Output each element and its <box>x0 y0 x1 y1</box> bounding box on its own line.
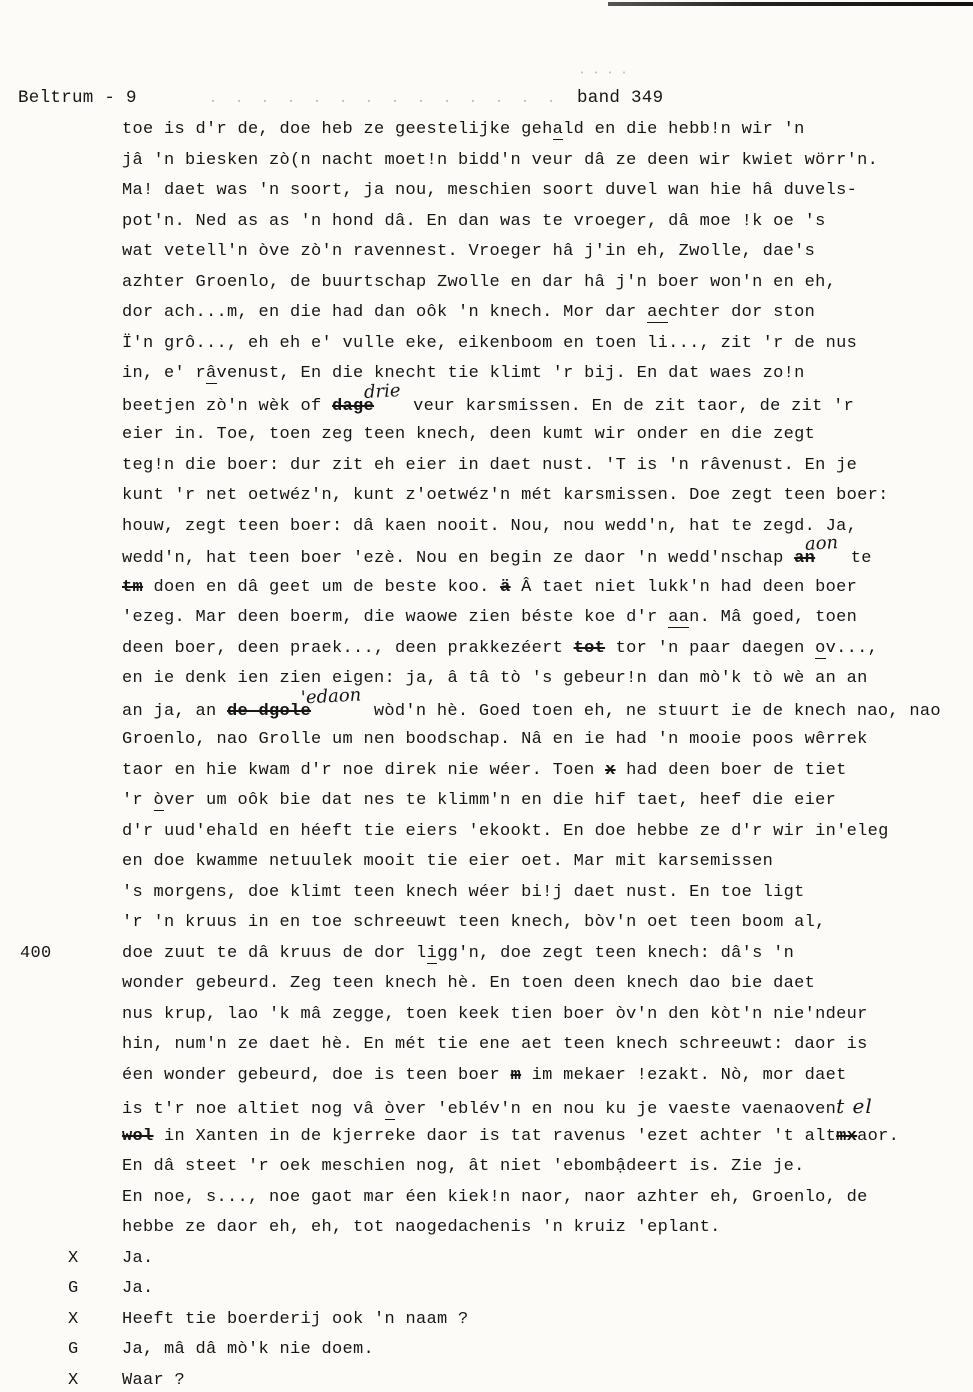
underlined-text: o <box>815 639 826 659</box>
typed-text: en doe kwamme netuulek mooit tie eier oe… <box>122 852 773 871</box>
line-text: wonder gebeurd. Zeg teen knech hè. En to… <box>122 969 815 1000</box>
typed-text: Ja, mâ dâ mò'k nie doem. <box>122 1340 374 1359</box>
typed-text: 'r 'n kruus in en toe schreeuwt teen kne… <box>122 913 826 932</box>
line-text: Ma! daet was 'n soort, ja nou, meschien … <box>122 176 857 207</box>
text-line: is t'r noe altiet nog vâ òver 'eblév'n e… <box>0 1091 973 1122</box>
text-line: Groenlo, nao Grolle um nen boodschap. Nâ… <box>0 725 973 756</box>
line-text: Heeft tie boerderij ook 'n naam ? <box>122 1305 469 1336</box>
typed-text: nus krup, lao 'k mâ zegge, toen keek tie… <box>122 1005 868 1024</box>
typed-text: veur karsmissen. En de zit taor, de zit … <box>403 397 855 416</box>
text-line: en doe kwamme netuulek mooit tie eier oe… <box>0 847 973 878</box>
text-line: 's morgens, doe klimt teen knech wéer bi… <box>0 878 973 909</box>
typed-text: wedd'n, hat teen boer 'ezè. Nou en begin… <box>122 549 794 568</box>
underlined-text: a <box>553 120 564 140</box>
typed-text: hin, num'n ze daet hè. En mét tie ene ae… <box>122 1035 868 1054</box>
line-text: dor ach...m, en die had dan oôk 'n knech… <box>122 298 815 329</box>
struck-out-text: x <box>605 761 616 780</box>
typed-text: Waar ? <box>122 1371 185 1390</box>
line-text: tm doen en dâ geet um de beste koo. ä Â … <box>122 573 857 604</box>
struck-out-text: mx <box>836 1127 857 1146</box>
typed-text: doe zuut te dâ kruus de dor l <box>122 944 427 963</box>
typed-text: Â taet niet lukk'n had deen boer <box>511 578 858 597</box>
underlined-text: ae <box>647 303 668 323</box>
line-text: Groenlo, nao Grolle um nen boodschap. Nâ… <box>122 725 868 756</box>
text-line: azhter Groenlo, de buurtschap Zwolle en … <box>0 268 973 299</box>
line-text: in, e' râvenust, En die knecht tie klimt… <box>122 359 805 390</box>
line-text: teg!n die boer: dur zit eh eier in daet … <box>122 451 857 482</box>
line-text: wat vetell'n òve zò'n ravennest. Vroeger… <box>122 237 815 268</box>
typed-text: beetjen zò'n wèk of <box>122 397 332 416</box>
text-line: wonder gebeurd. Zeg teen knech hè. En to… <box>0 969 973 1000</box>
speaker-label: X <box>68 1305 79 1336</box>
line-text: Ja. <box>122 1274 154 1305</box>
line-text: Ja. <box>122 1244 154 1275</box>
line-text: pot'n. Ned as as 'n hond dâ. En dan was … <box>122 207 826 238</box>
text-line: wedd'n, hat teen boer 'ezè. Nou en begin… <box>0 542 973 573</box>
text-line: 'ezeg. Mar deen boerm, die waowe zien bé… <box>0 603 973 634</box>
text-line: deen boer, deen praek..., deen prakkezée… <box>0 634 973 665</box>
handwritten-correction: drie <box>363 376 401 408</box>
typed-text: en ie denk ien zien eigen: ja, â tâ tò '… <box>122 669 868 688</box>
line-text: azhter Groenlo, de buurtschap Zwolle en … <box>122 268 836 299</box>
typed-text: Ma! daet was 'n soort, ja nou, meschien … <box>122 181 857 200</box>
line-text: Ja, mâ dâ mò'k nie doem. <box>122 1335 374 1366</box>
underlined-text: ò <box>385 1100 396 1120</box>
typed-text: En noe, s..., noe gaot mar éen kiek!n na… <box>122 1188 868 1207</box>
typed-text: Ï'n grô..., eh eh e' vulle eke, eikenboo… <box>122 334 857 353</box>
text-line: GJa. <box>0 1274 973 1305</box>
text-line: beetjen zò'n wèk of dagedrie veur karsmi… <box>0 390 973 421</box>
text-line: an ja, an de dgole'edaon wòd'n hè. Goed … <box>0 695 973 726</box>
typed-text: chter dor ston <box>668 303 815 322</box>
text-line: Ï'n grô..., eh eh e' vulle eke, eikenboo… <box>0 329 973 360</box>
line-text: nus krup, lao 'k mâ zegge, toen keek tie… <box>122 1000 868 1031</box>
line-text: En noe, s..., noe gaot mar éen kiek!n na… <box>122 1183 868 1214</box>
line-text: éen wonder gebeurd, doe is teen boer m i… <box>122 1061 847 1092</box>
typed-text: hebbe ze daor eh, eh, tot naogedachenis … <box>122 1218 721 1237</box>
typed-text: tor 'n paar daegen <box>605 639 815 658</box>
line-text: en doe kwamme netuulek mooit tie eier oe… <box>122 847 773 878</box>
line-text: toe is d'r de, doe heb ze geestelijke ge… <box>122 115 805 146</box>
text-line: En dâ steet 'r oek meschien nog, ât niet… <box>0 1152 973 1183</box>
typed-text: is t'r noe altiet nog vâ <box>122 1100 385 1119</box>
typed-text: in Xanten in de kjerreke daor is tat rav… <box>154 1127 837 1146</box>
text-line: XHeeft tie boerderij ook 'n naam ? <box>0 1305 973 1336</box>
line-text: Ï'n grô..., eh eh e' vulle eke, eikenboo… <box>122 329 857 360</box>
typed-text: teg!n die boer: dur zit eh eier in daet … <box>122 456 857 475</box>
struck-out-text: wol <box>122 1127 154 1146</box>
line-text: houw, zegt teen boer: dâ kaen nooit. Nou… <box>122 512 857 543</box>
typed-text: ver 'eblév'n en nou ku je vaeste vaenaov… <box>395 1100 836 1119</box>
typed-text: kunt 'r net oetwéz'n, kunt z'oetwéz'n mé… <box>122 486 889 505</box>
text-line: toe is d'r de, doe heb ze geestelijke ge… <box>0 115 973 146</box>
scan-edge-artifact <box>608 2 973 6</box>
text-line: taor en hie kwam d'r noe direk nie wéer.… <box>0 756 973 787</box>
typed-text: ld en die hebb!n wir 'n <box>563 120 805 139</box>
text-line: dor ach...m, en die had dan oôk 'n knech… <box>0 298 973 329</box>
text-line: 'r 'n kruus in en toe schreeuwt teen kne… <box>0 908 973 939</box>
typed-text: dor ach...m, en die had dan oôk 'n knech… <box>122 303 647 322</box>
typed-text: v..., <box>826 639 879 658</box>
typed-text: pot'n. Ned as as 'n hond dâ. En dan was … <box>122 212 826 231</box>
text-line: en ie denk ien zien eigen: ja, â tâ tò '… <box>0 664 973 695</box>
line-text: taor en hie kwam d'r noe direk nie wéer.… <box>122 756 847 787</box>
struck-out-text: tot <box>574 639 606 658</box>
underlined-text: â <box>206 364 217 384</box>
typed-text: éen wonder gebeurd, doe is teen boer <box>122 1066 511 1085</box>
text-line: jâ 'n biesken zò(n nacht moet!n bidd'n v… <box>0 146 973 177</box>
line-text: Waar ? <box>122 1366 185 1392</box>
text-line: 400doe zuut te dâ kruus de dor ligg'n, d… <box>0 939 973 970</box>
line-text: En dâ steet 'r oek meschien nog, ât niet… <box>122 1152 805 1183</box>
line-text: 'ezeg. Mar deen boerm, die waowe zien bé… <box>122 603 857 634</box>
text-line: XWaar ? <box>0 1366 973 1392</box>
text-line: tm doen en dâ geet um de beste koo. ä Â … <box>0 573 973 604</box>
typed-text: En dâ steet 'r oek meschien nog, ât niet… <box>122 1157 805 1176</box>
line-text: is t'r noe altiet nog vâ òver 'eblév'n e… <box>122 1091 873 1126</box>
scan-noise-dots <box>575 70 635 75</box>
text-line: pot'n. Ned as as 'n hond dâ. En dan was … <box>0 207 973 238</box>
struck-out-text: m <box>511 1066 522 1085</box>
speaker-label: X <box>68 1366 79 1392</box>
line-text: 'r òver um oôk bie dat nes te klimm'n en… <box>122 786 836 817</box>
typed-text: an ja, an <box>122 702 227 721</box>
struck-out-text: ä <box>500 578 511 597</box>
typed-text: deen boer, deen praek..., deen prakkezée… <box>122 639 574 658</box>
struck-out-text: de dgole <box>227 702 311 721</box>
typed-text: jâ 'n biesken zò(n nacht moet!n bidd'n v… <box>122 151 878 170</box>
text-line: 'r òver um oôk bie dat nes te klimm'n en… <box>0 786 973 817</box>
text-line: hin, num'n ze daet hè. En mét tie ene ae… <box>0 1030 973 1061</box>
line-text: wol in Xanten in de kjerreke daor is tat… <box>122 1122 899 1153</box>
line-text: 'r 'n kruus in en toe schreeuwt teen kne… <box>122 908 826 939</box>
header-location-label: Beltrum - 9 <box>18 88 137 108</box>
text-line: Ma! daet was 'n soort, ja nou, meschien … <box>0 176 973 207</box>
typed-text: Ja. <box>122 1249 154 1268</box>
line-text: wedd'n, hat teen boer 'ezè. Nou en begin… <box>122 542 872 575</box>
typed-text: wonder gebeurd. Zeg teen knech hè. En to… <box>122 974 815 993</box>
header-band-label: band 349 <box>577 88 663 108</box>
text-line: GJa, mâ dâ mò'k nie doem. <box>0 1335 973 1366</box>
text-line: éen wonder gebeurd, doe is teen boer m i… <box>0 1061 973 1092</box>
typed-text: 'ezeg. Mar deen boerm, die waowe zien bé… <box>122 608 668 627</box>
text-line: hebbe ze daor eh, eh, tot naogedachenis … <box>0 1213 973 1244</box>
text-line: En noe, s..., noe gaot mar éen kiek!n na… <box>0 1183 973 1214</box>
text-line: nus krup, lao 'k mâ zegge, toen keek tie… <box>0 1000 973 1031</box>
margin-number: 400 <box>20 939 52 970</box>
typed-text: houw, zegt teen boer: dâ kaen nooit. Nou… <box>122 517 857 536</box>
typed-text: taor en hie kwam d'r noe direk nie wéer.… <box>122 761 605 780</box>
typed-text: 's morgens, doe klimt teen knech wéer bi… <box>122 883 805 902</box>
handwritten-correction: 'edaon <box>300 680 362 714</box>
typed-text: doen en dâ geet um de beste koo. <box>143 578 500 597</box>
speaker-label: X <box>68 1244 79 1275</box>
typed-text: Groenlo, nao Grolle um nen boodschap. Nâ… <box>122 730 868 749</box>
handwritten-addition: t el <box>836 1094 873 1118</box>
typed-text: wat vetell'n òve zò'n ravennest. Vroeger… <box>122 242 815 261</box>
line-text: kunt 'r net oetwéz'n, kunt z'oetwéz'n mé… <box>122 481 889 512</box>
typed-text: gg'n, doe zegt teen knech: dâ's 'n <box>437 944 794 963</box>
speaker-label: G <box>68 1274 79 1305</box>
underlined-text: i <box>427 944 438 964</box>
underlined-text: ò <box>154 791 165 811</box>
text-line: kunt 'r net oetwéz'n, kunt z'oetwéz'n mé… <box>0 481 973 512</box>
text-line: wol in Xanten in de kjerreke daor is tat… <box>0 1122 973 1153</box>
typed-text: d'r uud'ehald en héeft tie eiers 'ekookt… <box>122 822 889 841</box>
line-text: en ie denk ien zien eigen: ja, â tâ tò '… <box>122 664 868 695</box>
text-line: eier in. Toe, toen zeg teen knech, deen … <box>0 420 973 451</box>
typed-text: venust, En die knecht tie klimt 'r bij. … <box>217 364 805 383</box>
typed-text: wòd'n hè. Goed toen eh, ne stuurt ie de … <box>363 702 941 721</box>
handwritten-correction: aon <box>804 528 839 560</box>
typed-text: had deen boer de tiet <box>616 761 847 780</box>
text-line: in, e' râvenust, En die knecht tie klimt… <box>0 359 973 390</box>
typed-text: n. Mâ goed, toen <box>689 608 857 627</box>
typed-text: aor. <box>857 1127 899 1146</box>
typed-text: in, e' r <box>122 364 206 383</box>
line-text: eier in. Toe, toen zeg teen knech, deen … <box>122 420 815 451</box>
line-text: deen boer, deen praek..., deen prakkezée… <box>122 634 878 665</box>
typed-text: im mekaer !ezakt. Nò, mor daet <box>521 1066 847 1085</box>
typed-text: Heeft tie boerderij ook 'n naam ? <box>122 1310 469 1329</box>
typed-text: 'r <box>122 791 154 810</box>
page-header: Beltrum - 9 band 349 <box>0 88 973 118</box>
struck-out-text: tm <box>122 578 143 597</box>
line-text: 's morgens, doe klimt teen knech wéer bi… <box>122 878 805 909</box>
line-text: hebbe ze daor eh, eh, tot naogedachenis … <box>122 1213 721 1244</box>
text-line: XJa. <box>0 1244 973 1275</box>
scanned-typescript-page: Beltrum - 9 band 349 toe is d'r de, doe … <box>0 0 973 1392</box>
text-line: wat vetell'n òve zò'n ravennest. Vroeger… <box>0 237 973 268</box>
text-line: d'r uud'ehald en héeft tie eiers 'ekookt… <box>0 817 973 848</box>
text-line: teg!n die boer: dur zit eh eier in daet … <box>0 451 973 482</box>
transcript-body: toe is d'r de, doe heb ze geestelijke ge… <box>0 115 973 1392</box>
line-text: hin, num'n ze daet hè. En mét tie ene ae… <box>122 1030 868 1061</box>
line-text: d'r uud'ehald en héeft tie eiers 'ekookt… <box>122 817 889 848</box>
typed-text: ver um oôk bie dat nes te klimm'n en die… <box>164 791 836 810</box>
line-text: jâ 'n biesken zò(n nacht moet!n bidd'n v… <box>122 146 878 177</box>
line-text: doe zuut te dâ kruus de dor ligg'n, doe … <box>122 939 794 970</box>
typed-text: azhter Groenlo, de buurtschap Zwolle en … <box>122 273 836 292</box>
line-text: an ja, an de dgole'edaon wòd'n hè. Goed … <box>122 695 941 728</box>
speaker-label: G <box>68 1335 79 1366</box>
typed-text: toe is d'r de, doe heb ze geestelijke ge… <box>122 120 553 139</box>
typed-text: Ja. <box>122 1279 154 1298</box>
line-text: beetjen zò'n wèk of dagedrie veur karsmi… <box>122 390 854 423</box>
typed-text: te <box>840 549 872 568</box>
typed-text: eier in. Toe, toen zeg teen knech, deen … <box>122 425 815 444</box>
underlined-text: aa <box>668 608 689 628</box>
